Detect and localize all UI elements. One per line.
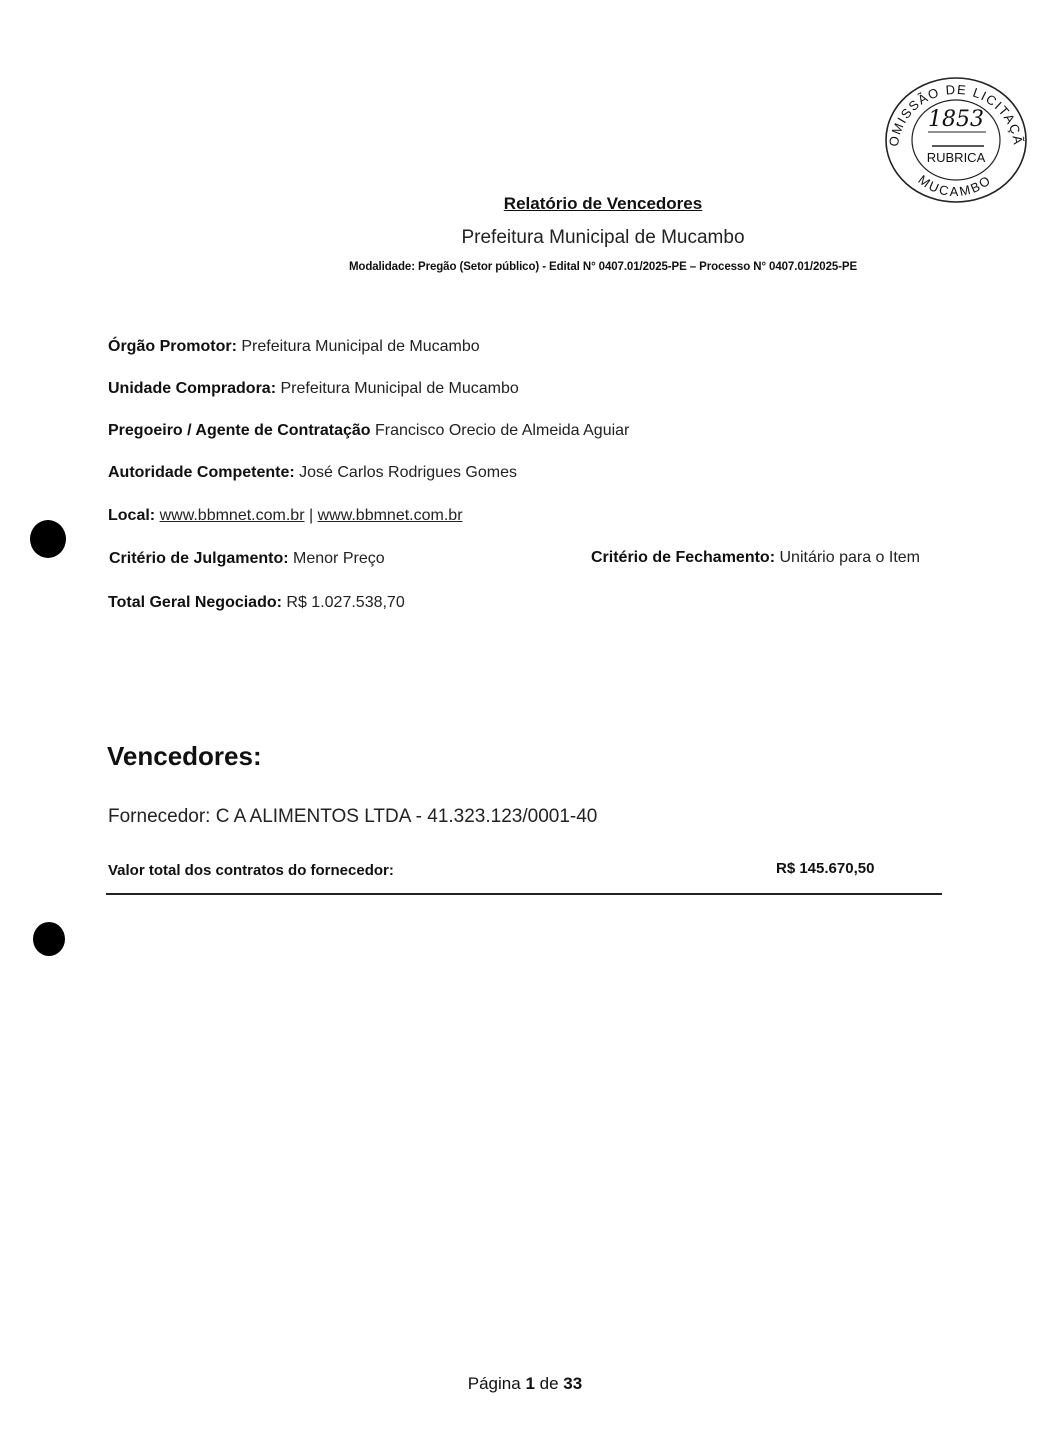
stamp-folio: 1853 <box>928 107 984 132</box>
total-geral-row: Total Geral Negociado: R$ 1.027.538,70 <box>108 594 405 612</box>
julgamento-value: Menor Preço <box>293 550 385 567</box>
criterio-julgamento-row: Critério de Julgamento: Menor Preço <box>109 550 385 568</box>
unidade-value: Prefeitura Municipal de Mucambo <box>280 380 518 397</box>
criterio-fechamento-row: Critério de Fechamento: Unitário para o … <box>591 549 920 567</box>
commission-stamp: COMISSÃO DE LICITAÇÃO MUCAMBO 1853 RUBRI… <box>880 72 1028 204</box>
separator-rule <box>106 893 942 895</box>
local-label: Local: <box>108 507 155 524</box>
pregoeiro-label: Pregoeiro / Agente de Contratação <box>108 422 371 439</box>
stamp-label: RUBRICA <box>927 150 986 165</box>
unidade-compradora-row: Unidade Compradora: Prefeitura Municipal… <box>108 380 519 398</box>
total-label: Total Geral Negociado: <box>108 594 282 611</box>
total-value: R$ 1.027.538,70 <box>286 594 404 611</box>
vencedores-heading: Vencedores: <box>107 741 262 772</box>
orgao-promotor-row: Órgão Promotor: Prefeitura Municipal de … <box>108 338 480 356</box>
pregoeiro-row: Pregoeiro / Agente de Contratação Franci… <box>108 422 629 440</box>
autoridade-label: Autoridade Competente: <box>108 464 295 481</box>
fechamento-label: Critério de Fechamento: <box>591 549 775 566</box>
autoridade-row: Autoridade Competente: José Carlos Rodri… <box>108 464 517 482</box>
orgao-label: Órgão Promotor: <box>108 338 237 355</box>
page-counter: Página 1 de 33 <box>0 1374 1038 1394</box>
page-prefix: Página <box>468 1374 521 1393</box>
local-separator: | <box>309 507 313 524</box>
local-link-1[interactable]: www.bbmnet.com.br <box>160 507 305 524</box>
local-row: Local: www.bbmnet.com.br | www.bbmnet.co… <box>108 507 463 525</box>
julgamento-label: Critério de Julgamento: <box>109 550 289 567</box>
valor-total-label: Valor total dos contratos do fornecedor: <box>108 862 394 879</box>
pregoeiro-value: Francisco Orecio de Almeida Aguiar <box>375 422 629 439</box>
fechamento-value: Unitário para o Item <box>779 549 920 566</box>
orgao-value: Prefeitura Municipal de Mucambo <box>241 338 479 355</box>
unidade-label: Unidade Compradora: <box>108 380 276 397</box>
page-total: 33 <box>563 1374 582 1393</box>
punch-hole-upper <box>30 520 66 558</box>
autoridade-value: José Carlos Rodrigues Gomes <box>299 464 517 481</box>
page-current: 1 <box>525 1374 534 1393</box>
local-link-2[interactable]: www.bbmnet.com.br <box>318 507 463 524</box>
page-of: de <box>540 1374 559 1393</box>
report-subtitle: Prefeitura Municipal de Mucambo <box>0 227 1038 249</box>
fornecedor-line: Fornecedor: C A ALIMENTOS LTDA - 41.323.… <box>108 806 597 828</box>
punch-hole-lower <box>33 922 65 956</box>
valor-total-amount: R$ 145.670,50 <box>776 860 874 877</box>
report-title: Relatório de Vencedores <box>0 194 1038 214</box>
modalidade-line: Modalidade: Pregão (Setor público) - Edi… <box>0 261 1038 273</box>
